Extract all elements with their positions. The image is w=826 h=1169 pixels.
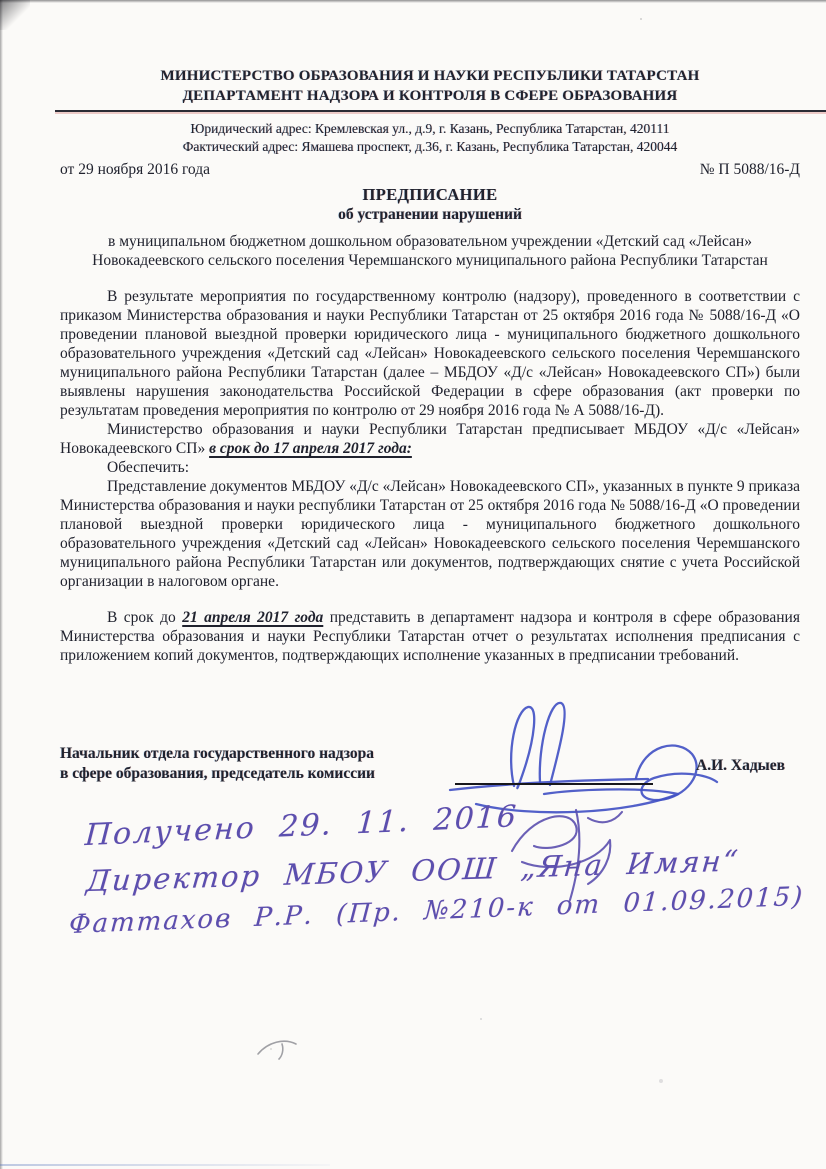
legal-address: Юридический адрес: Кремлевская ул., д.9,… [60, 120, 800, 138]
deadline-17-april: в срок до 17 апреля 2017 года: [209, 440, 412, 457]
document-date: от 29 ноября 2016 года [60, 160, 210, 179]
signatory-name: А.И. Хадыев [696, 757, 785, 775]
scan-edge-top [0, 0, 826, 3]
signatory-position-line2: в сфере образования, председатель комисс… [60, 764, 375, 784]
meta-row: от 29 ноября 2016 года № П 5088/16-Д [60, 160, 800, 179]
department-name: ДЕПАРТАМЕНТ НАДЗОРА И КОНТРОЛЯ В СФЕРЕ О… [60, 86, 800, 106]
document-content: МИНИСТЕРСТВО ОБРАЗОВАНИЯ И НАУКИ РЕСПУБЛ… [60, 66, 800, 665]
handwritten-received-note: Получено 29. 11. 2016 [84, 799, 519, 853]
stray-pen-mark [252, 1032, 306, 1066]
signatory-position: Начальник отдела государственного надзор… [60, 744, 375, 784]
scan-edge-bottom [0, 1164, 330, 1166]
document-subtitle: об устранении нарушений [60, 205, 800, 224]
paragraph-report: В срок до 21 апреля 2017 года представит… [60, 608, 800, 665]
actual-address: Фактический адрес: Ямашева проспект, д.3… [60, 138, 800, 156]
document-number: № П 5088/16-Д [700, 160, 800, 179]
scan-corner-shadow [0, 0, 30, 30]
letterhead: МИНИСТЕРСТВО ОБРАЗОВАНИЯ И НАУКИ РЕСПУБЛ… [60, 66, 800, 106]
document-title: ПРЕДПИСАНИЕ [60, 185, 800, 205]
addressee-paragraph: в муниципальном бюджетном дошкольном обр… [60, 232, 800, 270]
report-text-before: В срок до [107, 609, 182, 626]
signature-line [455, 783, 653, 785]
scan-speckles [640, 18, 642, 20]
body-text: В результате мероприятия по государствен… [60, 287, 800, 665]
prescription-text: Министерство образования и науки Республ… [60, 421, 800, 457]
paragraph-prescription: Министерство образования и науки Республ… [60, 420, 800, 458]
addresses-block: Юридический адрес: Кремлевская ул., д.9,… [60, 120, 800, 156]
paragraph-documents: Представление документов МБДОУ «Д/с «Лей… [60, 477, 800, 591]
deadline-21-april: 21 апреля 2017 года [182, 609, 323, 626]
scan-edge-left [0, 0, 3, 1169]
paragraph-inspection-result: В результате мероприятия по государствен… [60, 287, 800, 420]
scanned-document-page: МИНИСТЕРСТВО ОБРАЗОВАНИЯ И НАУКИ РЕСПУБЛ… [0, 0, 826, 1169]
ministry-name: МИНИСТЕРСТВО ОБРАЗОВАНИЯ И НАУКИ РЕСПУБЛ… [60, 66, 800, 86]
paragraph-ensure: Обеспечить: [60, 458, 800, 477]
title-block: ПРЕДПИСАНИЕ об устранении нарушений [60, 185, 800, 224]
signatory-position-line1: Начальник отдела государственного надзор… [60, 744, 375, 764]
